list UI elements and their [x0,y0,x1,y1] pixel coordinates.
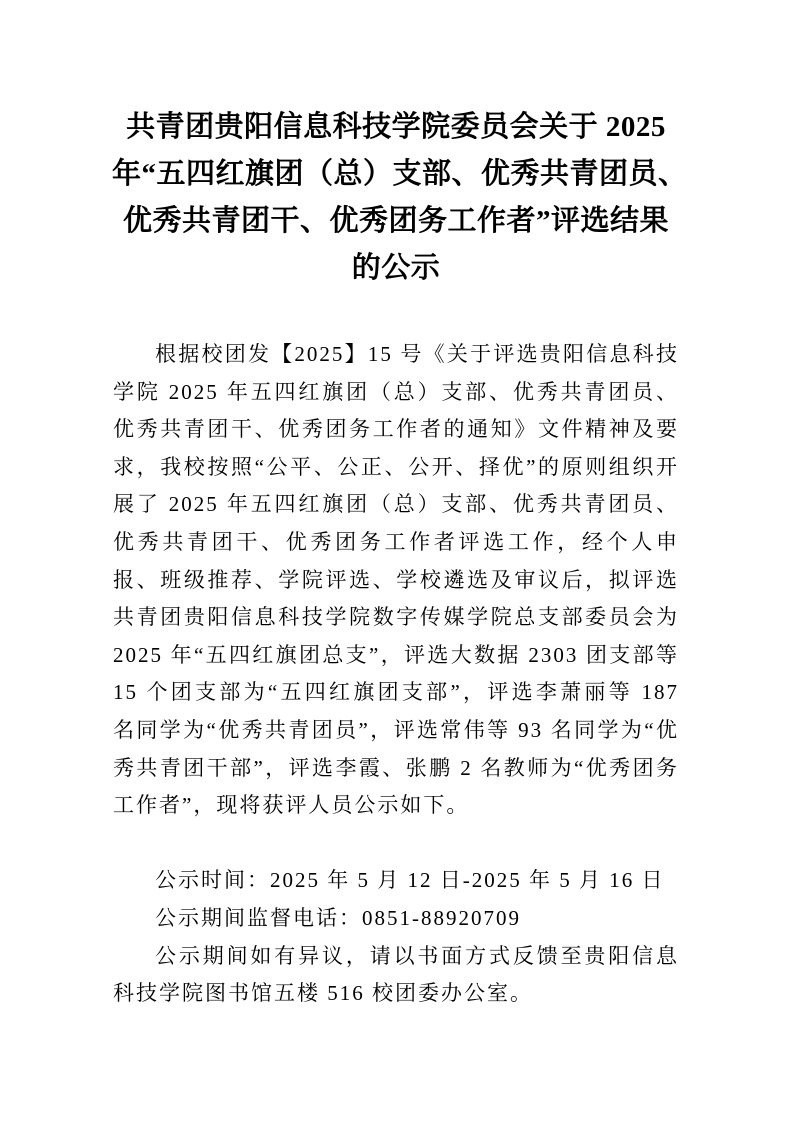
document-title: 共青团贵阳信息科技学院委员会关于 2025 年“五四红旗团（总）支部、优秀共青团… [112,104,680,292]
notice-objection-instructions: 公示期间如有异议，请以书面方式反馈至贵阳信息科技学院图书馆五楼 516 校团委办… [113,938,679,1013]
title-line-4: 的公示 [112,245,680,292]
notice-supervision-phone: 公示期间监督电话：0851-88920709 [113,900,679,938]
notice-publicity-period: 公示时间：2025 年 5 月 12 日-2025 年 5 月 16 日 [113,862,679,900]
document-page: 共青团贵阳信息科技学院委员会关于 2025 年“五四红旗团（总）支部、优秀共青团… [0,0,793,1122]
title-line-3: 优秀共青团干、优秀团务工作者”评选结果 [112,198,680,245]
title-line-2: 年“五四红旗团（总）支部、优秀共青团员、 [112,151,680,198]
title-line-1: 共青团贵阳信息科技学院委员会关于 2025 [112,104,680,151]
body-paragraph: 根据校团发【2025】15 号《关于评选贵阳信息科技学院 2025 年五四红旗团… [113,336,679,825]
document-body: 根据校团发【2025】15 号《关于评选贵阳信息科技学院 2025 年五四红旗团… [113,336,679,1013]
